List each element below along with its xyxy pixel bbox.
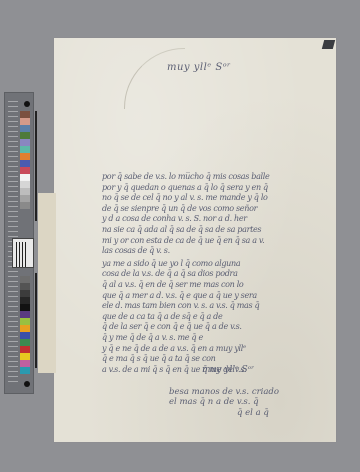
letter-line: q̄ e ma q̄ s q̄ ue q̄ a ta q̄ se con bbox=[102, 353, 269, 364]
color-patch bbox=[20, 174, 30, 181]
color-patch bbox=[20, 283, 30, 290]
color-patch bbox=[20, 118, 30, 125]
color-patch bbox=[20, 111, 30, 118]
letter-line: q̄ de la ser q̄ e con q̄ e q̄ ue q̄ a de… bbox=[102, 321, 269, 332]
letter-line: que q̄ a mer a d. v.s. q̄ e que a q̄ ue … bbox=[102, 290, 269, 301]
letter-closing: muy yllᵉ Sᵒʳ bbox=[202, 365, 254, 375]
color-patch bbox=[20, 125, 30, 132]
color-patch bbox=[20, 153, 30, 160]
color-patch bbox=[20, 188, 30, 195]
letter-line: q̄ y me q̄ de q̄ a v. s. me q̄ e bbox=[102, 332, 269, 343]
letter-line: por q̄ sabe de v.s. lo mu̅cho q̄ mis cos… bbox=[102, 171, 269, 182]
letter-line: y q̄ e ne q̄ de a de a v.s. q̄ en a muy … bbox=[102, 343, 269, 354]
color-patch bbox=[20, 339, 30, 346]
color-patch bbox=[20, 304, 30, 311]
chart-hole-top bbox=[24, 101, 30, 107]
color-calibration-chart bbox=[4, 92, 34, 394]
color-patch bbox=[20, 276, 30, 283]
chart-hole-bottom bbox=[24, 381, 30, 387]
color-patch bbox=[20, 132, 30, 139]
color-patch bbox=[20, 311, 30, 318]
color-patch bbox=[20, 360, 30, 367]
letter-line: ya me a sido q̄ ue yo l q̄ como alguna bbox=[102, 258, 269, 269]
letter-line: de q̄ se sienpre q̄ un q̄ de vos como se… bbox=[102, 203, 269, 214]
color-patch bbox=[20, 367, 30, 374]
scanned-document-background: muy yllᵉ Sᵒʳ por q̄ sabe de v.s. lo mu̅c… bbox=[0, 0, 360, 472]
letter-line: cosa de la v.s. de q̄ a q̄ sa dios podra bbox=[102, 268, 269, 279]
color-patch bbox=[20, 160, 30, 167]
letter-line: las cosas de q̄ v. s. bbox=[102, 245, 269, 256]
color-patch bbox=[20, 318, 30, 325]
color-patch bbox=[20, 325, 30, 332]
manuscript-page: muy yllᵉ Sᵒʳ por q̄ sabe de v.s. lo mu̅c… bbox=[54, 38, 336, 442]
letter-line: q̄ al a v.s. q̄ en de q̄ ser me mas con … bbox=[102, 279, 269, 290]
letter-line: mi y or con esta de ca de q̄ ue q̄ en q̄… bbox=[102, 235, 269, 246]
color-patch bbox=[20, 297, 30, 304]
letter-body: por q̄ sabe de v.s. lo mu̅cho q̄ mis cos… bbox=[102, 171, 269, 374]
letter-line: ele d. mas tam bien con v. s. a v.s. q̄ … bbox=[102, 300, 269, 311]
color-patches-top bbox=[20, 111, 30, 209]
chart-rail-bottom bbox=[35, 273, 37, 368]
color-patch bbox=[20, 167, 30, 174]
color-patch bbox=[20, 332, 30, 339]
color-patch bbox=[20, 346, 30, 353]
chart-label bbox=[12, 238, 34, 268]
color-patch bbox=[20, 181, 30, 188]
signoff-line-1: besa manos de v.s. criado bbox=[169, 387, 279, 397]
paper-fold-mark bbox=[124, 48, 185, 109]
letter-line: no q̄ se de cel q̄ no y al v. s. me mand… bbox=[102, 192, 269, 203]
color-patches-bottom bbox=[20, 276, 30, 374]
letter-line: y d a cosa de conha v. s. S. nor a d. he… bbox=[102, 213, 269, 224]
color-patch bbox=[20, 353, 30, 360]
color-patch bbox=[20, 202, 30, 209]
color-patch bbox=[20, 290, 30, 297]
letter-line: por y q̄ quedan o quenas a q̄ lo q̄ sera… bbox=[102, 182, 269, 193]
letter-heading: muy yllᵉ Sᵒʳ bbox=[167, 62, 231, 73]
letter-line: que de a ca ta q̄ a de sq̄ e q̄ a de bbox=[102, 311, 269, 322]
letter-line: na sie ca q̄ ada al q̄ sa de q̄ sa de sa… bbox=[102, 224, 269, 235]
chart-rail-top bbox=[35, 111, 37, 221]
color-patch bbox=[20, 146, 30, 153]
signature: q̄ el a q̄ bbox=[237, 408, 269, 418]
color-patch bbox=[20, 195, 30, 202]
signoff-line-2: el mas q̄ n a de v.s. q̄ bbox=[169, 397, 259, 407]
color-patch bbox=[20, 139, 30, 146]
torn-corner bbox=[322, 40, 335, 49]
